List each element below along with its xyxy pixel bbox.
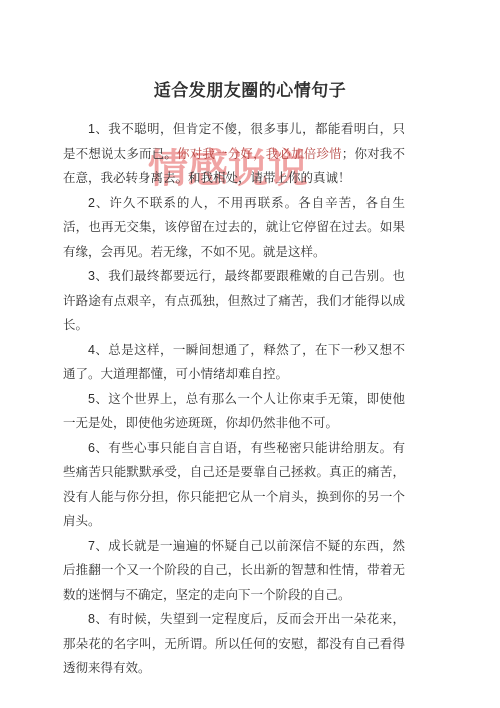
- sentence-text: 8、有时候，失望到一定程度后，反而会开出一朵花来，那朵花的名字叫，无所谓。所以任…: [63, 612, 405, 675]
- paragraph-3: 3、我们最终都要远行，最终都要跟稚嫩的自己告别。也许路途有点艰辛，有点孤独，但熬…: [63, 264, 405, 338]
- page-title: 适合发朋友圈的心情句子: [0, 0, 500, 101]
- sentence-text: 3、我们最终都要远行，最终都要跟稚嫩的自己告别。也许路途有点艰辛，有点孤独，但熬…: [63, 269, 405, 332]
- sentence-text: 5、这个世界上，总有那么一个人让你束手无策，即使他一无是处，即使他劣迹斑斑，你却…: [63, 392, 405, 431]
- paragraph-2: 2、许久不联系的人，不用再联系。各自辛苦，各自生活，也再无交集，该停留在过去的，…: [63, 191, 405, 265]
- article-body: 1、我不聪明，但肯定不傻，很多事儿，都能看明白，只是不想说太多而已。你对我一分好…: [63, 117, 405, 681]
- sentence-text: 7、成长就是一遍遍的怀疑自己以前深信不疑的东西，然后推翻一个又一个阶段的自己，长…: [63, 539, 405, 602]
- sentence-text: 6、有些心事只能自言自语，有些秘密只能讲给朋友。有些痛苦只能默默承受，自己还是要…: [63, 441, 405, 529]
- article-page: 情感说说 适合发朋友圈的心情句子 1、我不聪明，但肯定不傻，很多事儿，都能看明白…: [0, 0, 500, 708]
- paragraph-1: 1、我不聪明，但肯定不傻，很多事儿，都能看明白，只是不想说太多而已。你对我一分好…: [63, 117, 405, 191]
- sentence-text: 2、许久不联系的人，不用再联系。各自辛苦，各自生活，也再无交集，该停留在过去的，…: [63, 196, 405, 259]
- paragraph-6: 6、有些心事只能自言自语，有些秘密只能讲给朋友。有些痛苦只能默默承受，自己还是要…: [63, 436, 405, 534]
- paragraph-4: 4、总是这样，一瞬间想通了，释然了，在下一秒又想不通了。大道理都懂，可小情绪却难…: [63, 338, 405, 387]
- paragraph-8: 8、有时候，失望到一定程度后，反而会开出一朵花来，那朵花的名字叫，无所谓。所以任…: [63, 607, 405, 681]
- paragraph-5: 5、这个世界上，总有那么一个人让你束手无策，即使他一无是处，即使他劣迹斑斑，你却…: [63, 387, 405, 436]
- sentence-text: 4、总是这样，一瞬间想通了，释然了，在下一秒又想不通了。大道理都懂，可小情绪却难…: [63, 343, 405, 382]
- highlighted-sentence: 你对我一分好，我必加倍珍惜: [177, 147, 342, 161]
- paragraph-7: 7、成长就是一遍遍的怀疑自己以前深信不疑的东西，然后推翻一个又一个阶段的自己，长…: [63, 534, 405, 608]
